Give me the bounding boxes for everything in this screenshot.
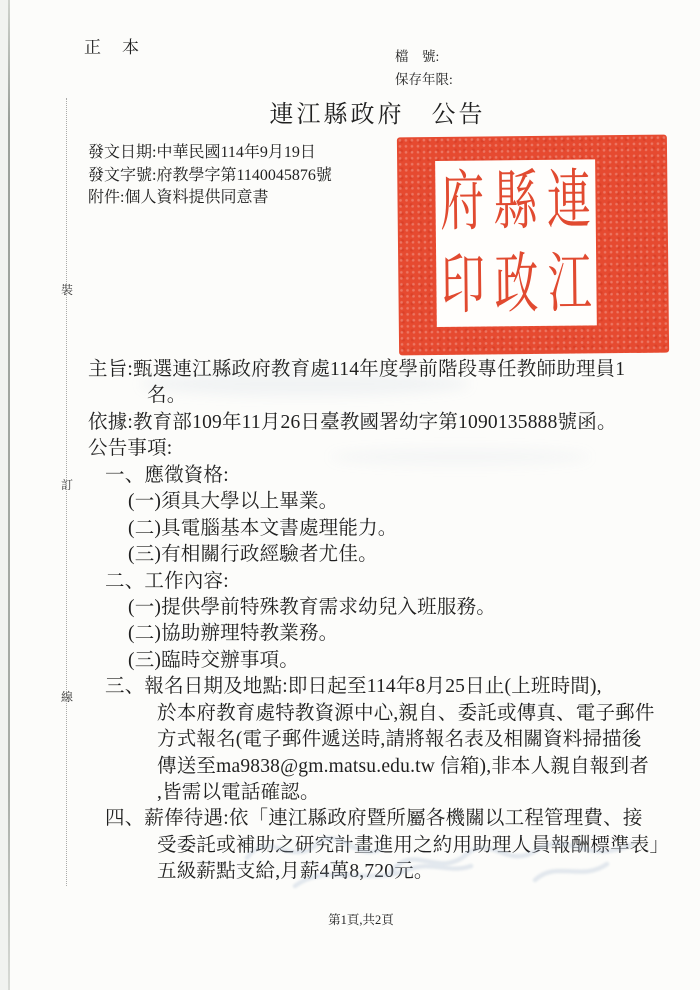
body-line: (一)提供學前特殊教育需求幼兒入班服務。 — [128, 595, 666, 621]
seal-char-yin: 印 — [436, 223, 491, 348]
body-line: 方式報名(電子郵件遞送時,請將報名表及相關資料掃描後 — [157, 727, 666, 753]
ink-bleed-watermark — [235, 800, 645, 895]
seal-inner-panel: 府 縣 連 印 政 江 — [435, 159, 597, 327]
retention-period-label: 保存年限: — [395, 68, 453, 91]
body-line: (三)臨時交辦事項。 — [128, 648, 666, 674]
body-line: 三、報名日期及地點:即日起至114年8月25日止(上班時間), — [105, 674, 666, 700]
body-line: 二、工作內容: — [105, 569, 666, 595]
body-line: 一、應徵資格: — [105, 463, 666, 489]
attachment-line: 附件:個人資料提供同意書 — [88, 187, 332, 210]
official-seal: 府 縣 連 印 政 江 — [397, 135, 669, 356]
body-line: 於本府教育處特教資源中心,親自、委託或傳真、電子郵件 — [157, 701, 666, 727]
seal-char-jiang: 江 — [542, 222, 597, 347]
scan-edge-artifact — [8, 0, 10, 990]
body-line: 公告事項: — [88, 436, 666, 462]
body-line: 依據:教育部109年11月26日臺教國署幼字第1090135888號函。 — [88, 410, 666, 436]
binding-label-zhuang: 裝 — [59, 281, 75, 298]
body-line: 主旨:甄選連江縣政府教育處114年度學前階段專任教師助理員1 — [88, 357, 666, 383]
body-line: 傳送至ma9838@gm.matsu.edu.tw 信箱),非本人親自報到者 — [157, 754, 666, 780]
document-title: 連江縣政府 公告 — [0, 94, 700, 129]
binding-label-xian: 線 — [59, 688, 75, 705]
issue-number-line: 發文字號:府教學字第1140045876號 — [88, 165, 332, 188]
issuance-meta-block: 發文日期:中華民國114年9月19日 發文字號:府教學字第1140045876號… — [88, 142, 332, 210]
body-line: (二)協助辦理特教業務。 — [128, 621, 666, 647]
scanned-announcement-page: 裝 訂 線 正 本 檔 號: 保存年限: 連江縣政府 公告 發文日期:中華民國1… — [0, 0, 700, 990]
binding-label-ding: 訂 — [59, 476, 75, 493]
file-number-label: 檔 號: — [395, 45, 453, 68]
seal-char-zheng: 政 — [489, 222, 544, 347]
body-line: (一)須具大學以上畢業。 — [128, 489, 666, 515]
issue-date-line: 發文日期:中華民國114年9月19日 — [88, 142, 332, 165]
filing-block: 檔 號: 保存年限: — [395, 45, 453, 91]
body-line: (三)有相關行政經驗者尤佳。 — [128, 542, 666, 568]
scan-edge-band — [0, 0, 8, 990]
copy-type-label: 正 本 — [84, 33, 141, 58]
page-number: 第1頁,共2頁 — [0, 910, 700, 928]
body-line: 名。 — [147, 383, 666, 409]
body-line: (二)具電腦基本文書處理能力。 — [128, 516, 666, 542]
